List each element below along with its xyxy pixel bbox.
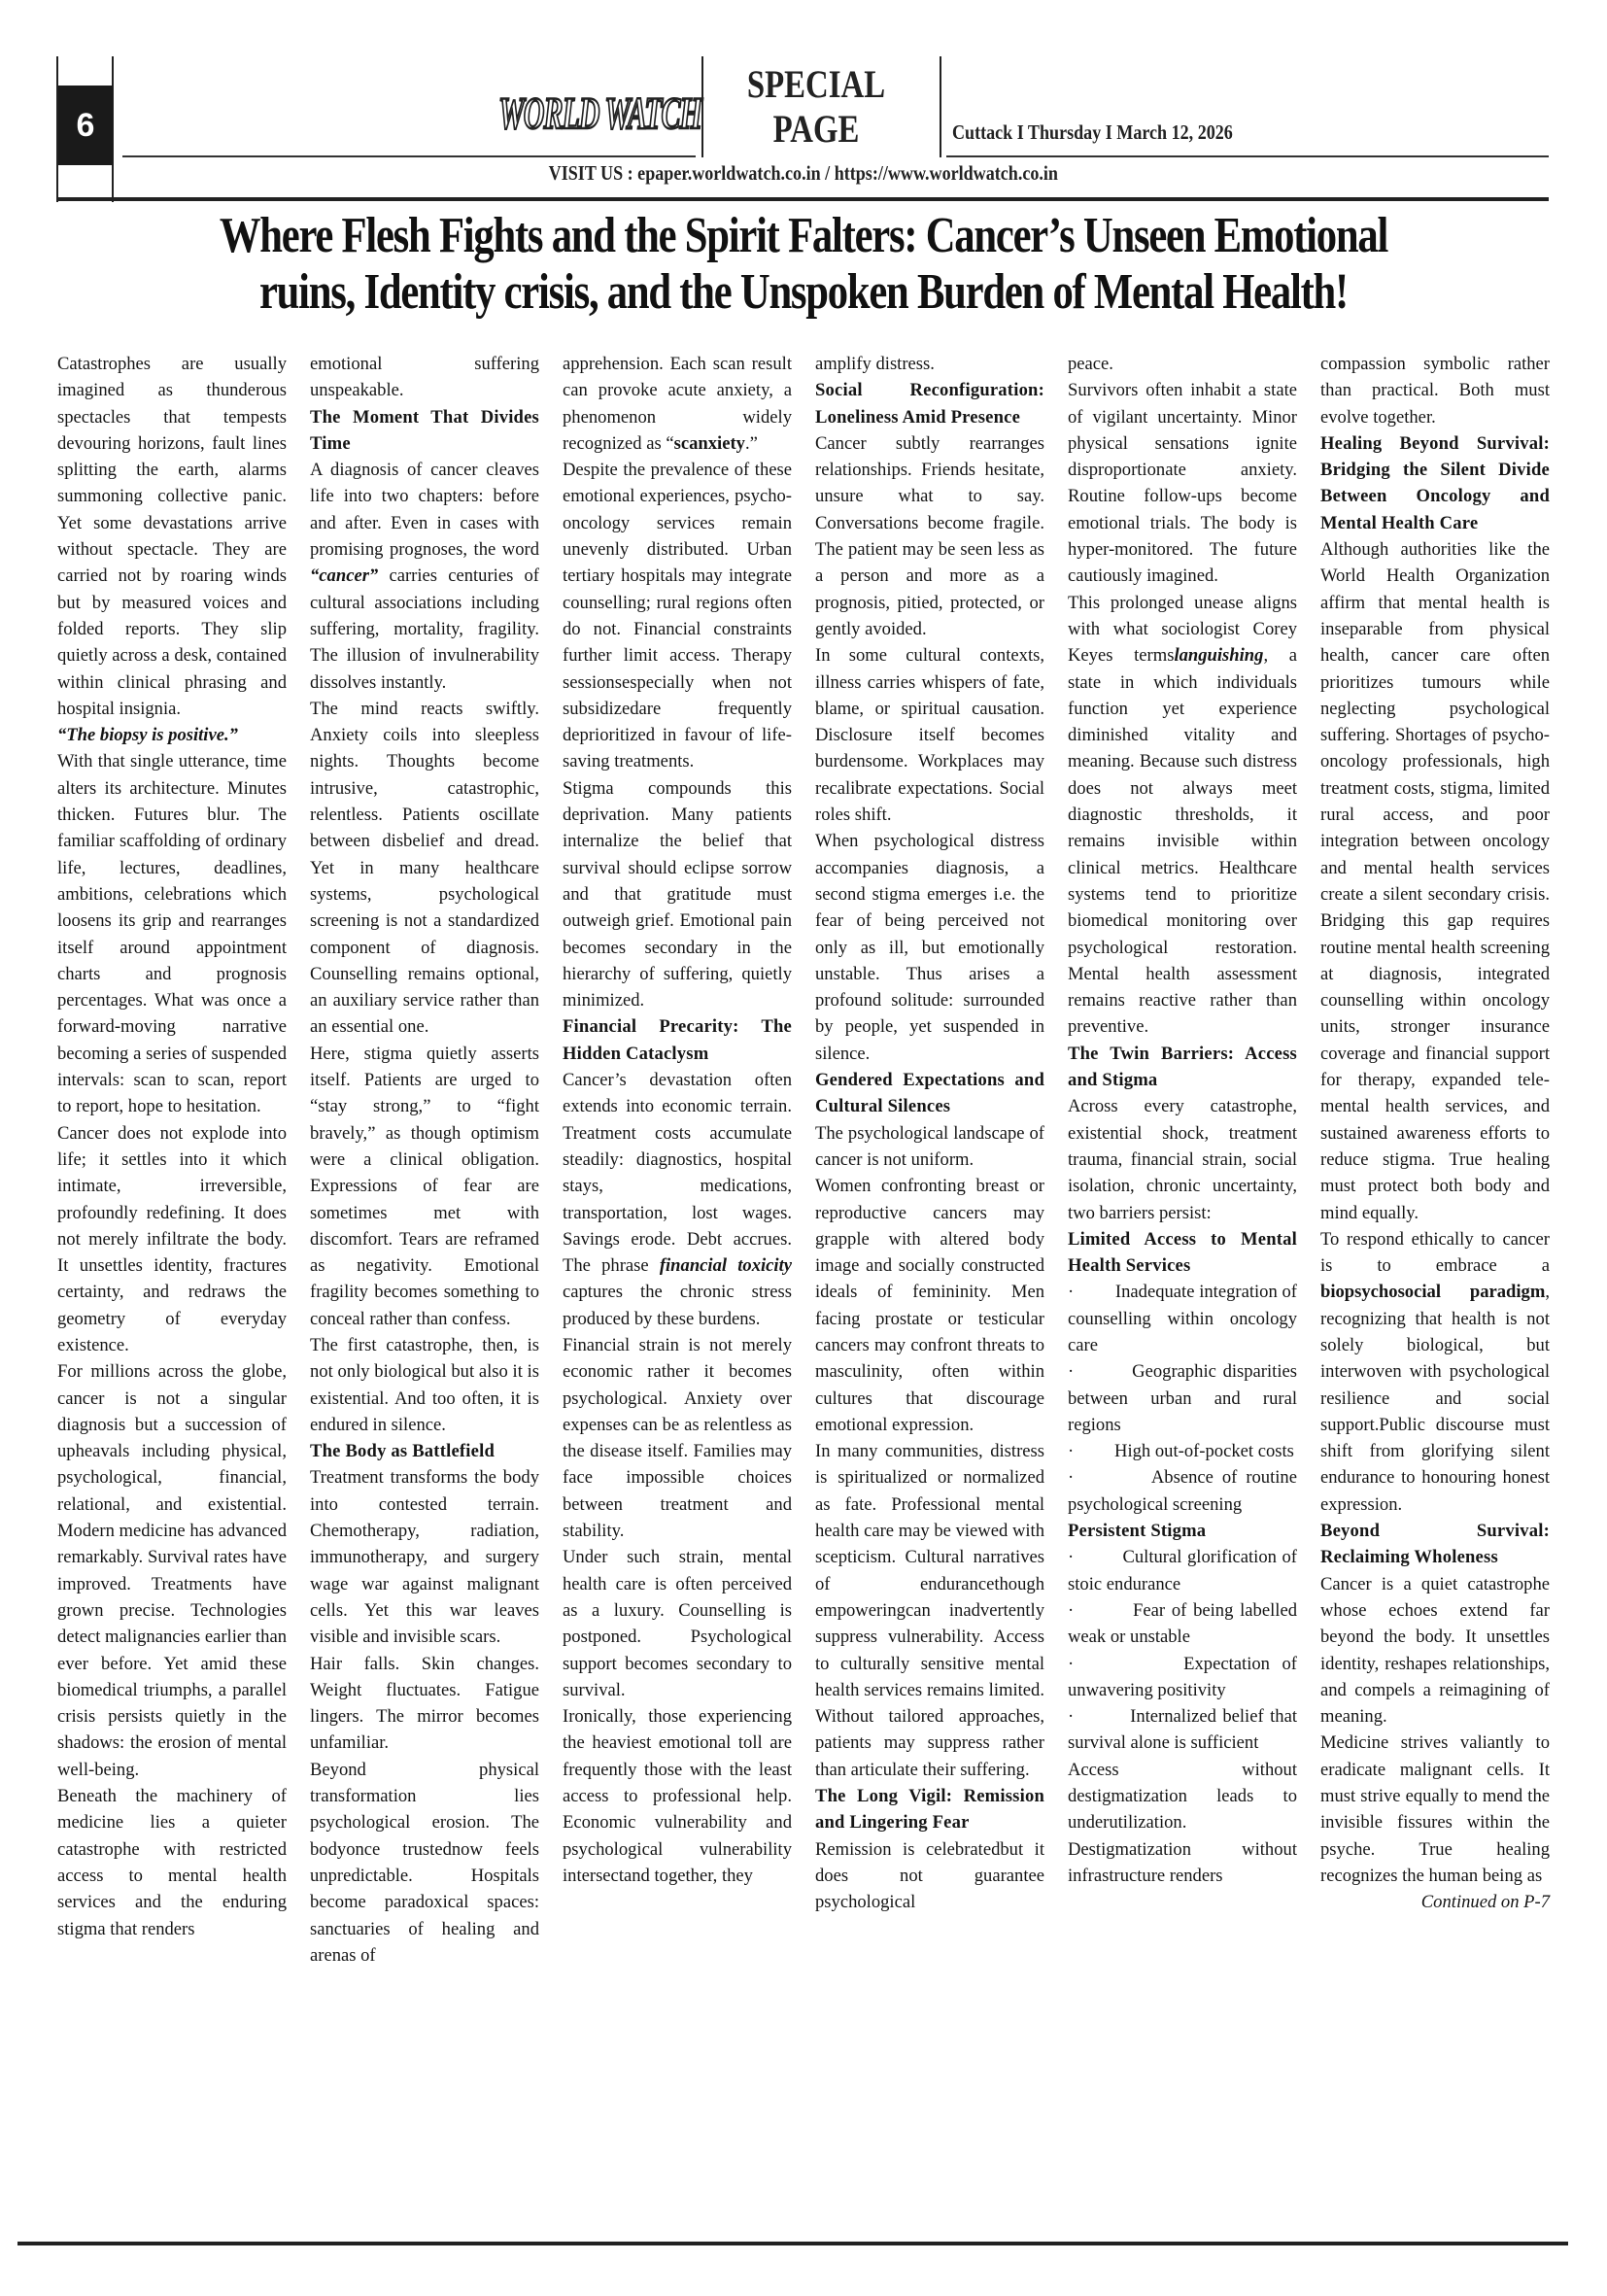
subheading: Healing Beyond Survival: Bridging the Si… [1320,430,1550,536]
masthead-bottom-rule [56,197,1549,201]
paragraph: Cancer is a quiet catastrophe whose echo… [1320,1571,1550,1731]
paragraph: Although authorities like the World Heal… [1320,536,1550,1226]
dateline: Cuttack I Thursday I March 12, 2026 [952,120,1233,145]
subheading: Persistent Stigma [1068,1518,1297,1544]
bullet-item: · Inadequate integration of counselling … [1068,1279,1297,1358]
world-watch-logo[interactable]: WORLD WATCH [510,76,690,154]
paragraph: Medicine strives valiantly to eradicate … [1320,1730,1550,1889]
paragraph: Ironically, those experiencing the heavi… [563,1703,792,1889]
bullet-item: · Fear of being labelled weak or unstabl… [1068,1597,1297,1651]
text-run: , recognizing that health is not solely … [1320,1282,1550,1514]
column-4: amplify distress.Social Reconfiguration:… [815,351,1044,2241]
paragraph: Remission is celebratedbut it does not g… [815,1836,1044,1916]
continued-on-link[interactable]: Continued on P-7 [1320,1889,1550,1915]
paragraph: Across every catastrophe, existential sh… [1068,1093,1297,1225]
text-run: .” [745,433,758,454]
bullet-item: · Absence of routine psychological scree… [1068,1464,1297,1518]
visit-us-links[interactable]: VISIT US : epaper.worldwatch.co.in / htt… [0,161,1607,186]
paragraph: Beneath the machinery of medicine lies a… [57,1783,287,1942]
subheading: Financial Precarity: The Hidden Cataclys… [563,1013,792,1067]
emphasis-term: languishing [1174,645,1263,666]
bold-term: scanxiety [674,433,745,454]
text-run: To respond ethically to cancer is to emb… [1320,1229,1550,1276]
bullet-item: · Geographic disparities between urban a… [1068,1358,1297,1438]
section-title-line1: SPECIAL [736,62,896,107]
subheading: The Moment That Divides Time [310,404,539,458]
paragraph: peace. [1068,351,1297,377]
emphasis-term: “cancer” [310,565,378,586]
paragraph: Cancer’s devastation often extends into … [563,1067,792,1332]
paragraph: The mind reacts swiftly. Anxiety coils i… [310,696,539,1041]
paragraph: For millions across the globe, cancer is… [57,1358,287,1783]
paragraph: Here, stigma quietly asserts itself. Pat… [310,1041,539,1332]
paragraph: Under such strain, mental health care is… [563,1544,792,1703]
column-2: emotional suffering unspeakable.The Mome… [310,351,539,2241]
paragraph: apprehension. Each scan result can provo… [563,351,792,457]
bullet-item: · Cultural glorification of stoic endura… [1068,1544,1297,1597]
masthead-rule-right [946,155,1549,157]
masthead-rule-left [122,155,696,157]
headline-line-2: ruins, Identity crisis, and the Unspoken… [177,264,1431,321]
section-title-line2: PAGE [736,107,896,152]
text-run: Cancer’s devastation often extends into … [563,1070,792,1276]
paragraph: The psychological landscape of cancer is… [815,1120,1044,1174]
paragraph: When psychological distress accompanies … [815,828,1044,1067]
paragraph: Women confronting breast or reproductive… [815,1173,1044,1438]
paragraph: In some cultural contexts, illness carri… [815,642,1044,828]
paragraph: Access without destigmatization leads to… [1068,1757,1297,1889]
text-run: , a state in which individuals function … [1068,645,1297,1037]
paragraph: The first catastrophe, then, is not only… [310,1332,539,1438]
text-run: captures the chronic stress produced by … [563,1282,792,1328]
bold-term: biopsychosocial paradigm [1320,1282,1545,1302]
paragraph: Survivors often inhabit a state of vigil… [1068,377,1297,589]
paragraph: In many communities, distress is spiritu… [815,1438,1044,1783]
bullet-item: · Expectation of unwavering positivity [1068,1651,1297,1704]
logo-divider [701,56,703,157]
paragraph: Financial strain is not merely economic … [563,1332,792,1544]
column-6: compassion symbolic rather than practica… [1320,351,1550,2241]
section-title: SPECIAL PAGE [736,62,896,152]
page-number-badge: 6 [58,86,113,165]
article-headline: Where Flesh Fights and the Spirit Falter… [39,208,1568,321]
paragraph: Hair falls. Skin changes. Weight fluctua… [310,1651,539,1757]
column-1: Catastrophes are usually imagined as thu… [57,351,287,2241]
paragraph: emotional suffering unspeakable. [310,351,539,404]
pull-quote: “The biopsy is positive.” [57,722,287,748]
visit-us-text[interactable]: VISIT US : epaper.worldwatch.co.in / htt… [549,161,1058,186]
paragraph: Treatment transforms the body into conte… [310,1464,539,1650]
headline-line-1: Where Flesh Fights and the Spirit Falter… [177,208,1431,264]
paragraph: This prolonged unease aligns with what s… [1068,590,1297,1041]
paragraph: With that single utterance, time alters … [57,748,287,1119]
page-number: 6 [77,107,95,145]
text-run: A diagnosis of cancer cleaves life into … [310,460,539,560]
column-3: apprehension. Each scan result can provo… [563,351,792,2241]
subheading: The Body as Battlefield [310,1438,539,1464]
paragraph: To respond ethically to cancer is to emb… [1320,1226,1550,1518]
paragraph: Cancer subtly rearranges relationships. … [815,430,1044,642]
paragraph: A diagnosis of cancer cleaves life into … [310,457,539,696]
paragraph: Despite the prevalence of these emotiona… [563,457,792,775]
subheading: Social Reconfiguration: Loneliness Amid … [815,377,1044,430]
subheading: The Long Vigil: Remission and Lingering … [815,1783,1044,1836]
subheading: Gendered Expectations and Cultural Silen… [815,1067,1044,1120]
paragraph: Cancer does not explode into life; it se… [57,1120,287,1359]
logo-text: WORLD WATCH [498,89,701,141]
subheading: Beyond Survival: Reclaiming Wholeness [1320,1518,1550,1571]
bullet-item: · Internalized belief that survival alon… [1068,1703,1297,1757]
bullet-item: · High out-of-pocket costs [1068,1438,1297,1464]
paragraph: amplify distress. [815,351,1044,377]
paragraph: Catastrophes are usually imagined as thu… [57,351,287,722]
bottom-rule [17,2242,1568,2245]
paragraph: compassion symbolic rather than practica… [1320,351,1550,430]
subheading: Limited Access to Mental Health Services [1068,1226,1297,1280]
column-5: peace.Survivors often inhabit a state of… [1068,351,1297,2241]
paragraph: Stigma compounds this deprivation. Many … [563,775,792,1014]
article-body: Catastrophes are usually imagined as thu… [57,351,1550,2241]
paragraph: Beyond physical transformation lies psyc… [310,1757,539,1969]
subheading: The Twin Barriers: Access and Stigma [1068,1041,1297,1094]
section-divider [940,56,941,157]
emphasis-term: financial toxicity [660,1255,792,1276]
